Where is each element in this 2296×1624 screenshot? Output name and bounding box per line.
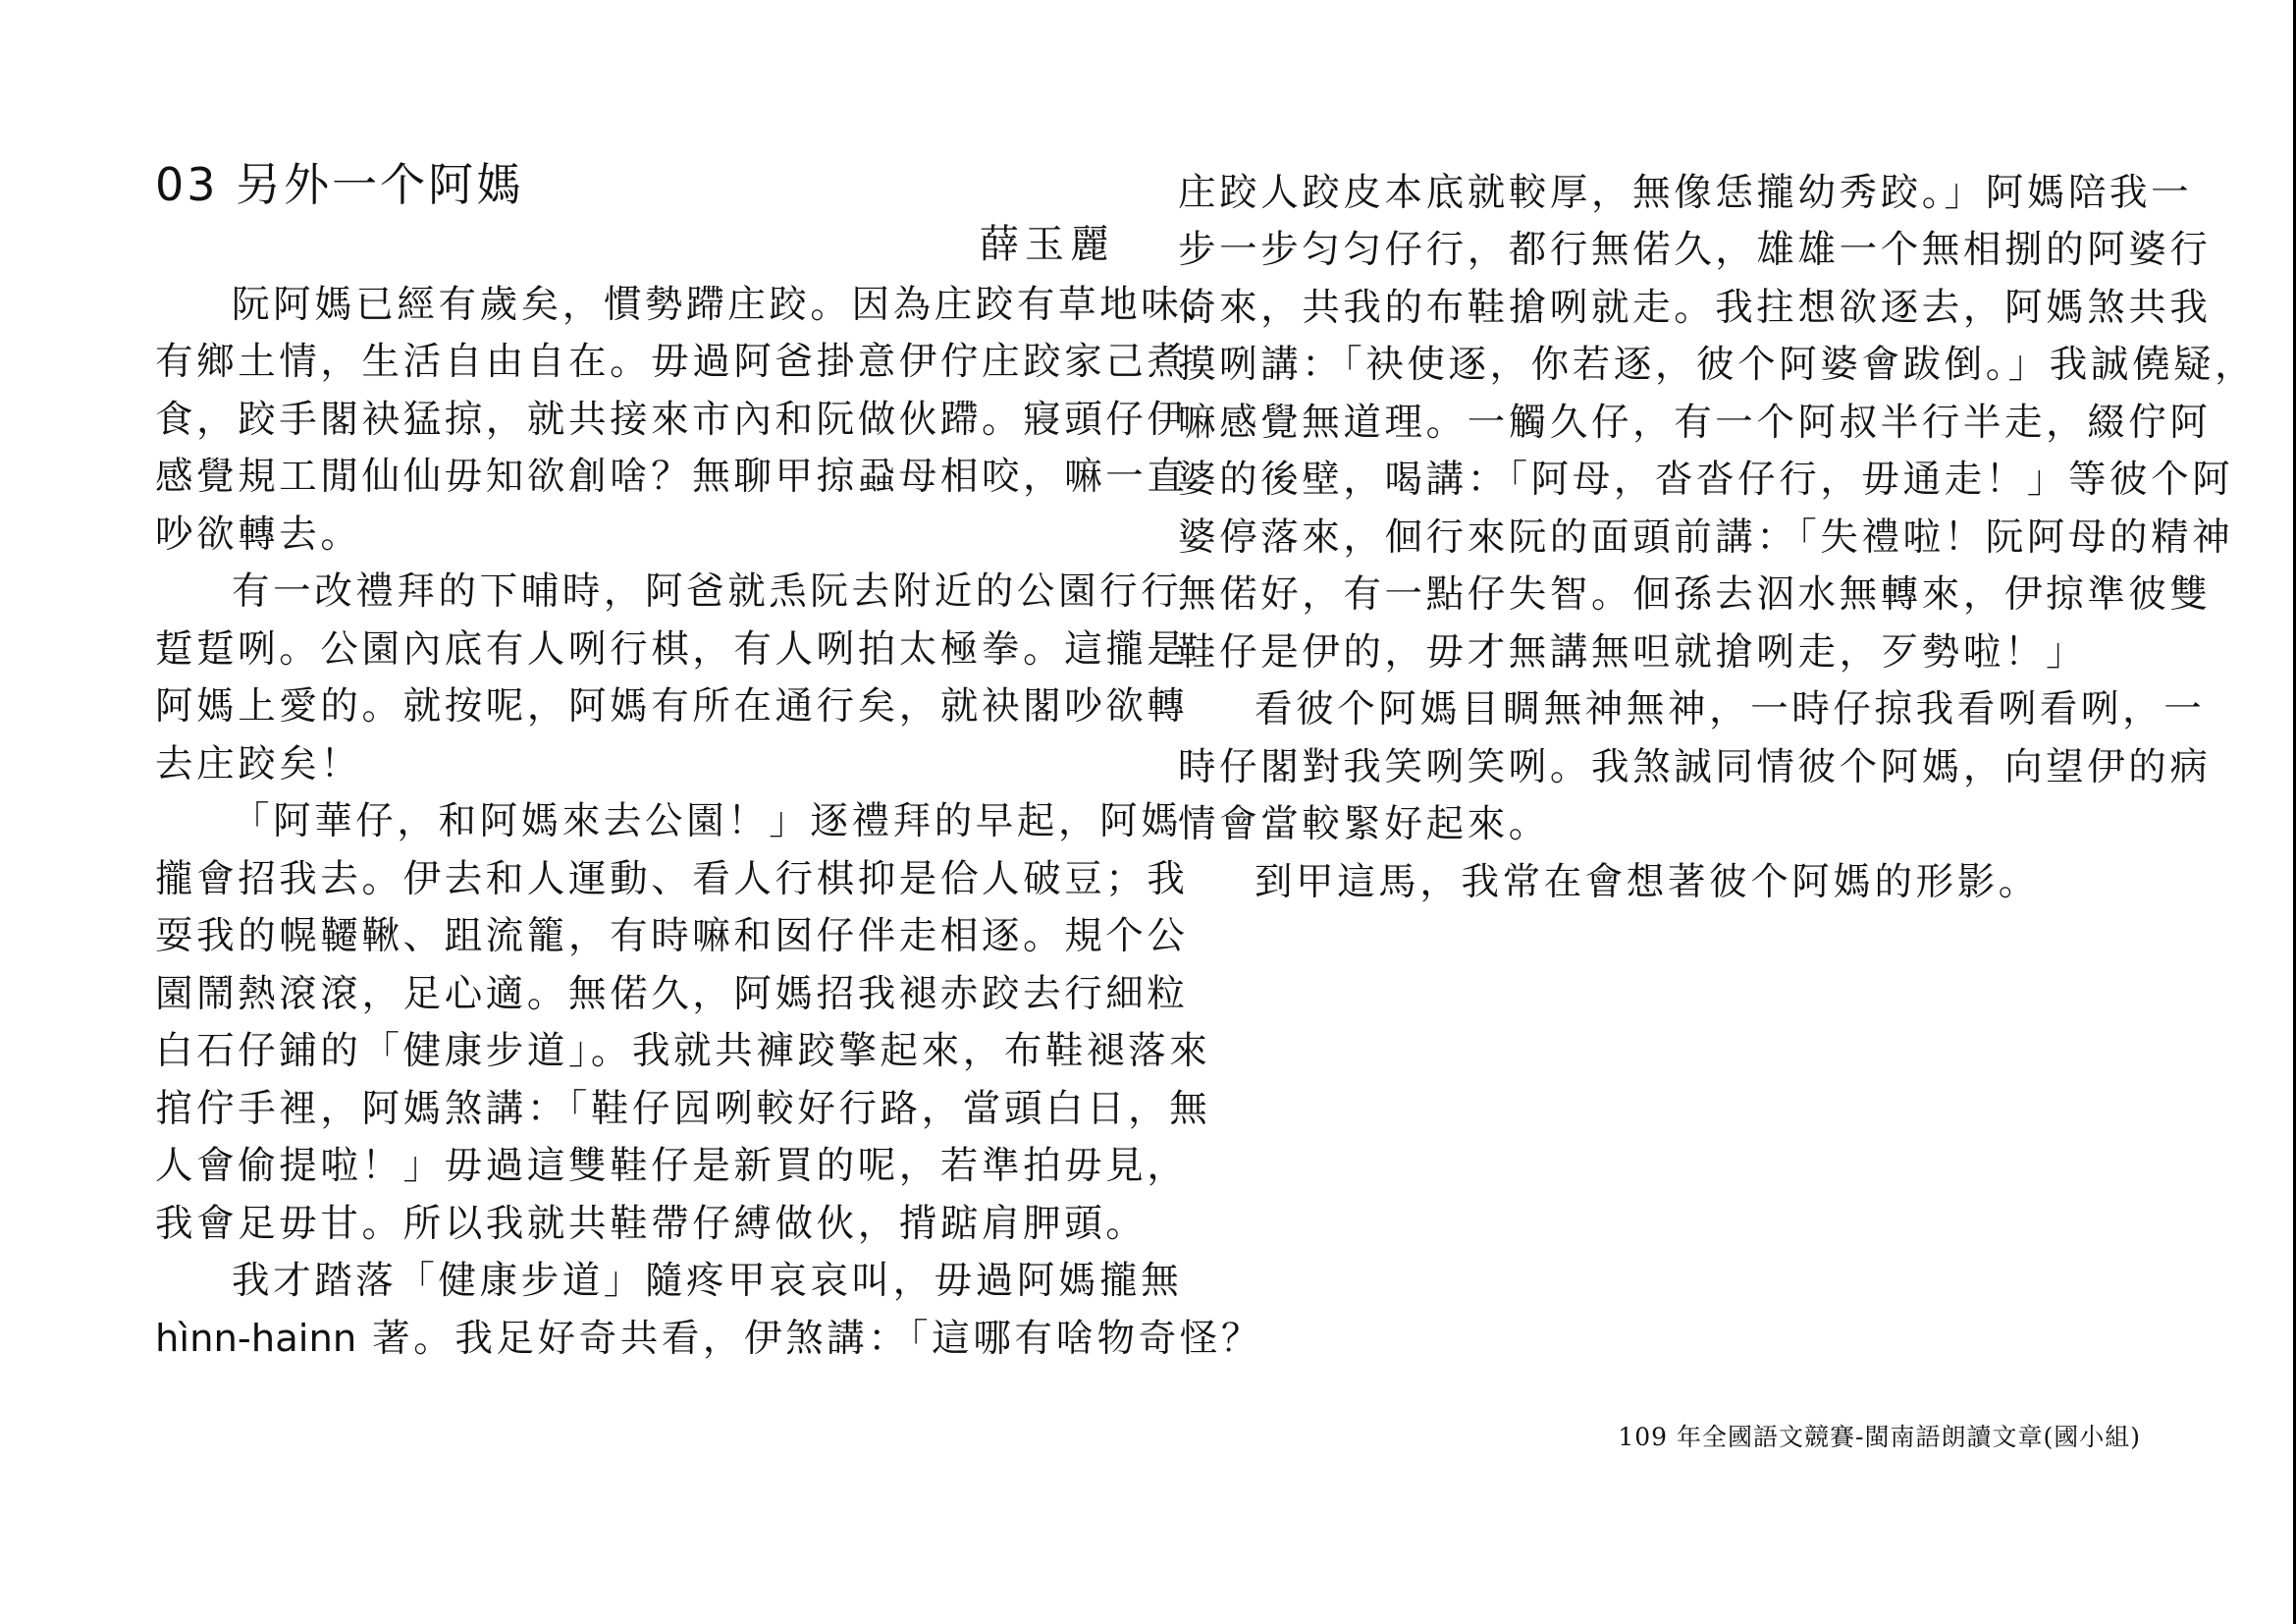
text-line: 有鄉土情，生活自由自在。毋過阿爸掛意伊佇庄跤家己煮 (155, 334, 1117, 391)
text-line: 吵欲轉去。 (155, 507, 1117, 564)
text-line: 阮阿媽已經有歲矣，慣勢蹛庄跤。因為庄跤有草地味、 (155, 277, 1117, 334)
text-line: 摸咧講：「袂使逐，你若逐，彼个阿婆會跋倒。」我誠僥疑， (1178, 337, 2140, 394)
text-line: 有一改禮拜的下晡時，阿爸就𤆬阮去附近的公園行行 (155, 564, 1117, 621)
text-line: 時仔閣對我笑咧笑咧。我煞誠同情彼个阿媽，向望伊的病 (1178, 739, 2140, 796)
text-line: 鞋仔是伊的，毋才無講無呾就搶咧走，歹勢啦！」 (1178, 624, 2140, 681)
text-line: 看彼个阿媽目睭無神無神，一時仔掠我看咧看咧，一 (1178, 681, 2140, 738)
article-title: 03 另外一个阿媽 (155, 157, 524, 212)
text-line: 情會當較緊好起來。 (1178, 796, 2140, 853)
text-line: 攏會招我去。伊去和人運動、看人行棋抑是佮人破豆；我 (155, 851, 1117, 908)
text-line: 「阿華仔，和阿媽來去公園！」逐禮拜的早起，阿媽 (155, 793, 1117, 850)
text-line: 園鬧熱滾滾，足心適。無偌久，阿媽招我褪赤跤去行細粒 (155, 966, 1117, 1023)
text-line: 阿媽上愛的。就按呢，阿媽有所在通行矣，就袂閣吵欲轉 (155, 678, 1117, 735)
author-name: 薛玉麗 (155, 220, 1115, 269)
text-line: 無偌好，有一點仔失智。佪孫去泅水無轉來，伊掠準彼雙 (1178, 567, 2140, 623)
text-line: 食，跤手閣袂猛掠，就共接來市內和阮做伙蹛。寢頭仔伊 (155, 392, 1117, 449)
text-line: 踅踅咧。公園內底有人咧行棋，有人咧拍太極拳。這攏是 (155, 622, 1117, 678)
text-line: 庄跤人跤皮本底就較厚，無像恁攏幼秀跤。」阿媽陪我一 (1178, 165, 2140, 222)
text-line: 耍我的幌韆鞦、跙流籠，有時嘛和囡仔伴走相逐。規个公 (155, 908, 1117, 965)
romanized-word: hìnn-hainn (155, 1317, 356, 1361)
text-line: 嘛感覺無道理。一觸久仔，有一个阿叔半行半走，綴佇阿 (1178, 395, 2140, 452)
text-line: 捾佇手裡，阿媽煞講：「鞋仔囥咧較好行路，當頭白日，無 (155, 1081, 1117, 1138)
text-line: 到甲這馬，我常在會想著彼个阿媽的形影。 (1178, 854, 2140, 911)
page-footer: 109 年全國語文競賽-閩南語朗讀文章(國小組) (1618, 1420, 2141, 1455)
text-line: 步一步匀匀仔行，都行無偌久，雄雄一个無相捌的阿婆行 (1178, 222, 2140, 279)
text-line: 人會偷提啦！」毋過這雙鞋仔是新買的呢，若準拍毋見， (155, 1138, 1117, 1195)
text-line: 婆停落來，佪行來阮的面頭前講：「失禮啦！阮阿母的精神 (1178, 510, 2140, 567)
text-line: hìnn-hainn 著。我足好奇共看，伊煞講：「這哪有啥物奇怪？ (155, 1311, 1117, 1368)
text-line: 感覺規工閒仙仙毋知欲創啥？無聊甲掠蝨母相咬，嘛一直 (155, 449, 1117, 506)
text-line: 去庄跤矣！ (155, 736, 1117, 793)
text-line-rest: 著。我足好奇共看，伊煞講：「這哪有啥物奇怪？ (356, 1317, 1262, 1361)
text-line: 婆的後壁，喝講：「阿母，沓沓仔行，毋通走！」等彼个阿 (1178, 452, 2140, 509)
text-line: 我會足毋甘。所以我就共鞋帶仔縛做伙，揹踮肩胛頭。 (155, 1196, 1117, 1253)
text-line: 白石仔鋪的「健康步道」。我就共褲跤擎起來，布鞋褪落來 (155, 1023, 1117, 1080)
text-line: 我才踏落「健康步道」隨疼甲哀哀叫，毋過阿媽攏無 (155, 1253, 1117, 1310)
text-line: 倚來，共我的布鞋搶咧就走。我拄想欲逐去，阿媽煞共我 (1178, 280, 2140, 337)
